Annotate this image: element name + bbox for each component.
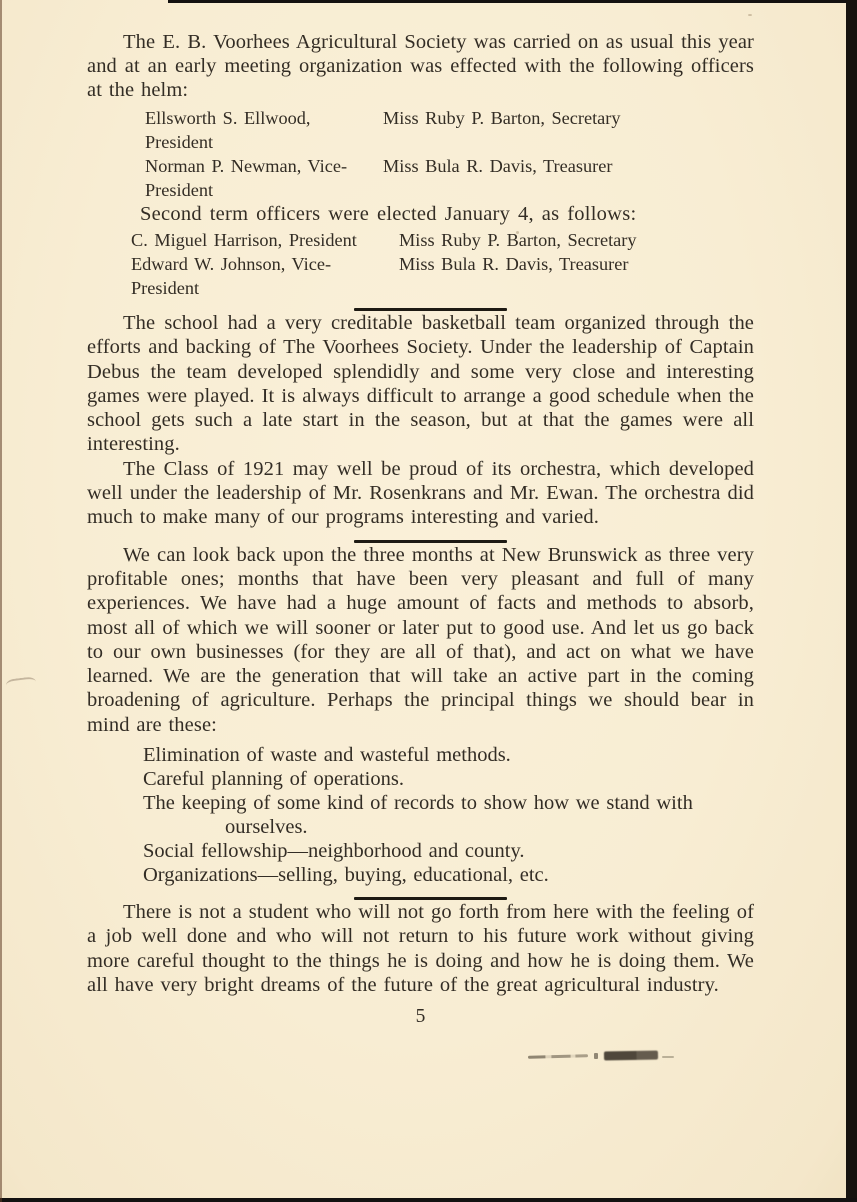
officer-name-right: Miss Bula R. Davis, Treasurer <box>383 154 754 202</box>
officer-row: Edward W. Johnson, Vice-President Miss B… <box>131 252 754 300</box>
pencil-mark <box>5 676 36 691</box>
paragraph-society: The E. B. Voorhees Agricultural Society … <box>87 30 754 102</box>
second-term-intro: Second term officers were elected Januar… <box>87 202 754 227</box>
scan-edge-right <box>846 0 857 1202</box>
paragraph-closing: There is not a student who will not go f… <box>87 900 754 997</box>
second-term-officer-list: C. Miguel Harrison, President Miss Ruby … <box>131 228 754 300</box>
principles-list: Elimination of waste and wasteful method… <box>87 743 754 887</box>
principle-item: The keeping of some kind of records to s… <box>87 791 754 839</box>
paragraph-basketball: The school had a very creditable basketb… <box>87 311 754 457</box>
principle-item: Organizations—selling, buying, education… <box>87 863 754 887</box>
officer-name-left: Norman P. Newman, Vice-President <box>145 154 383 202</box>
ink-smudge <box>528 1048 674 1064</box>
principle-item: Elimination of waste and wasteful method… <box>87 743 754 767</box>
section-divider <box>354 308 507 311</box>
paragraph-new-brunswick: We can look back upon the three months a… <box>87 543 754 737</box>
page-content: The E. B. Voorhees Agricultural Society … <box>87 30 754 1030</box>
paper-speck <box>196 760 198 762</box>
principle-item: Careful planning of operations. <box>87 767 754 791</box>
scan-edge-top <box>168 0 857 3</box>
officer-name-right: Miss Ruby P. Barton, Secretary <box>383 106 754 154</box>
first-term-officer-list: Ellsworth S. Ellwood, President Miss Rub… <box>145 106 754 202</box>
officer-row: Norman P. Newman, Vice-President Miss Bu… <box>145 154 754 202</box>
officer-name-left: Ellsworth S. Ellwood, President <box>145 106 383 154</box>
smudge-blob <box>604 1051 658 1061</box>
officer-name-right: Miss Ruby P. Barton, Secretary <box>399 228 754 252</box>
officer-name-left: C. Miguel Harrison, President <box>131 228 399 252</box>
section-divider <box>354 540 507 543</box>
page-number: 5 <box>87 1005 754 1029</box>
officer-name-left: Edward W. Johnson, Vice-President <box>131 252 399 300</box>
principle-item: Social fellowship—neighborhood and count… <box>87 839 754 863</box>
officer-row: Ellsworth S. Ellwood, President Miss Rub… <box>145 106 754 154</box>
paper-speck <box>748 14 752 16</box>
paragraph-orchestra: The Class of 1921 may well be proud of i… <box>87 457 754 530</box>
smudge-tail <box>662 1056 674 1058</box>
scan-edge-left <box>0 0 2 1202</box>
scanned-page: The E. B. Voorhees Agricultural Society … <box>0 0 857 1202</box>
paper-speck <box>516 231 519 234</box>
smudge-streak <box>528 1054 588 1059</box>
scan-edge-bottom <box>0 1198 857 1202</box>
officer-row: C. Miguel Harrison, President Miss Ruby … <box>131 228 754 252</box>
smudge-dot <box>594 1053 598 1059</box>
officer-name-right: Miss Bula R. Davis, Treasurer <box>399 252 754 300</box>
section-divider <box>354 897 507 900</box>
